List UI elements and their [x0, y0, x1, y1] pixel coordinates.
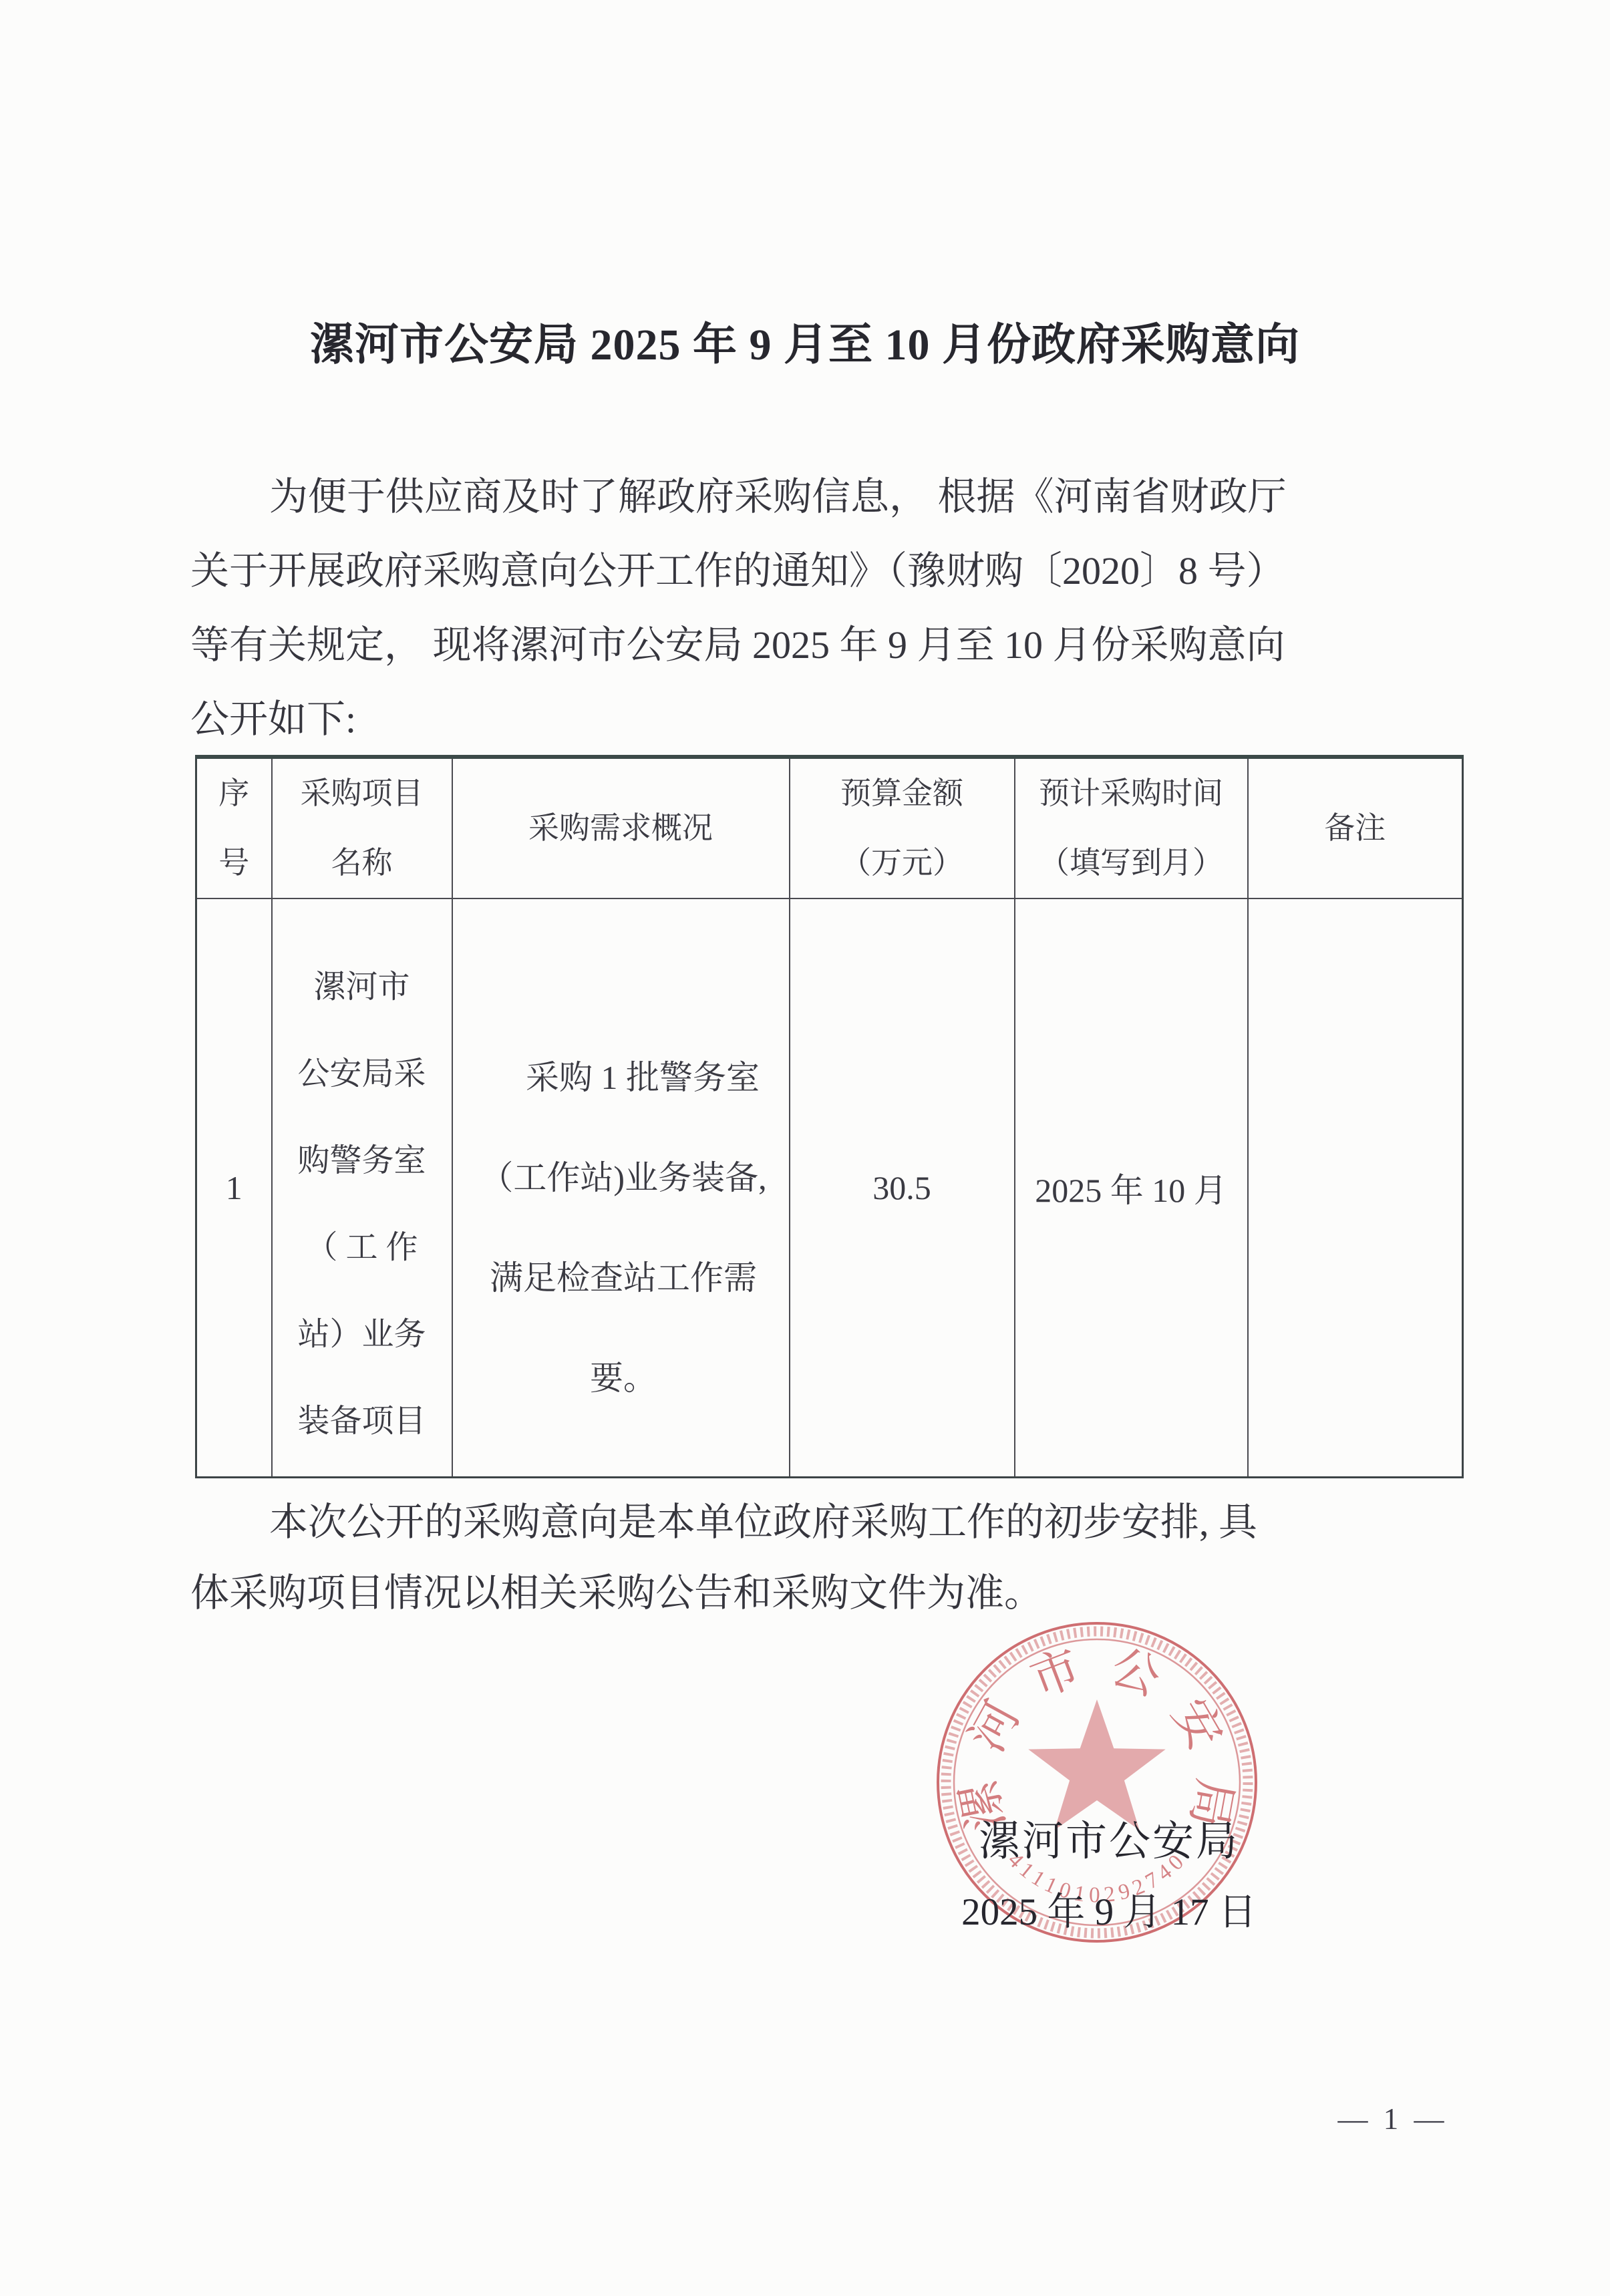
cell-time: 2025 年 10 月 — [1015, 898, 1248, 1477]
table-row: 1 漯河市 公安局采 购警务室 （ 工 作 站）业务 装备项目 采购 1 批警务… — [196, 898, 1463, 1477]
closing-paragraph: 本次公开的采购意向是本单位政府采购工作的初步安排, 具 体采购项目情况以相关采购… — [190, 1487, 1430, 1629]
document-page: 漯河市公安局 2025 年 9 月至 10 月份政府采购意向 为便于供应商及时了… — [0, 0, 1610, 2296]
signature-org: 漯河市公安局 — [935, 1808, 1283, 1867]
cell-seq: 1 — [196, 898, 272, 1477]
procurement-intention-table: 序 号 采购项目 名称 采购需求概况 预算金额 （万元） 预计采购时间 （填写到… — [195, 755, 1464, 1478]
col-header-remark: 备注 — [1248, 757, 1463, 898]
col-header-requirement: 采购需求概况 — [452, 757, 790, 898]
col-header-time: 预计采购时间 （填写到月） — [1015, 757, 1248, 898]
cell-remark — [1248, 898, 1463, 1477]
signature-date: 2025 年 9 月 17 日 — [902, 1881, 1316, 1936]
col-header-budget: 预算金额 （万元） — [790, 757, 1015, 898]
col-header-seq: 序 号 — [196, 757, 272, 898]
page-title: 漯河市公安局 2025 年 9 月至 10 月份政府采购意向 — [107, 309, 1503, 372]
table-header-row: 序 号 采购项目 名称 采购需求概况 预算金额 （万元） 预计采购时间 （填写到… — [196, 757, 1463, 898]
col-header-project-name: 采购项目 名称 — [272, 757, 452, 898]
cell-budget: 30.5 — [790, 898, 1015, 1477]
intro-paragraph: 为便于供应商及时了解政府采购信息， 根据《河南省财政厅 关于开展政府采购意向公开… — [190, 460, 1430, 756]
page-number: — 1 — — [1289, 2102, 1496, 2136]
cell-requirement: 采购 1 批警务室 （工作站)业务装备, 满足检查站工作需 要。 — [452, 898, 790, 1477]
cell-project-name: 漯河市 公安局采 购警务室 （ 工 作 站）业务 装备项目 — [272, 898, 452, 1477]
